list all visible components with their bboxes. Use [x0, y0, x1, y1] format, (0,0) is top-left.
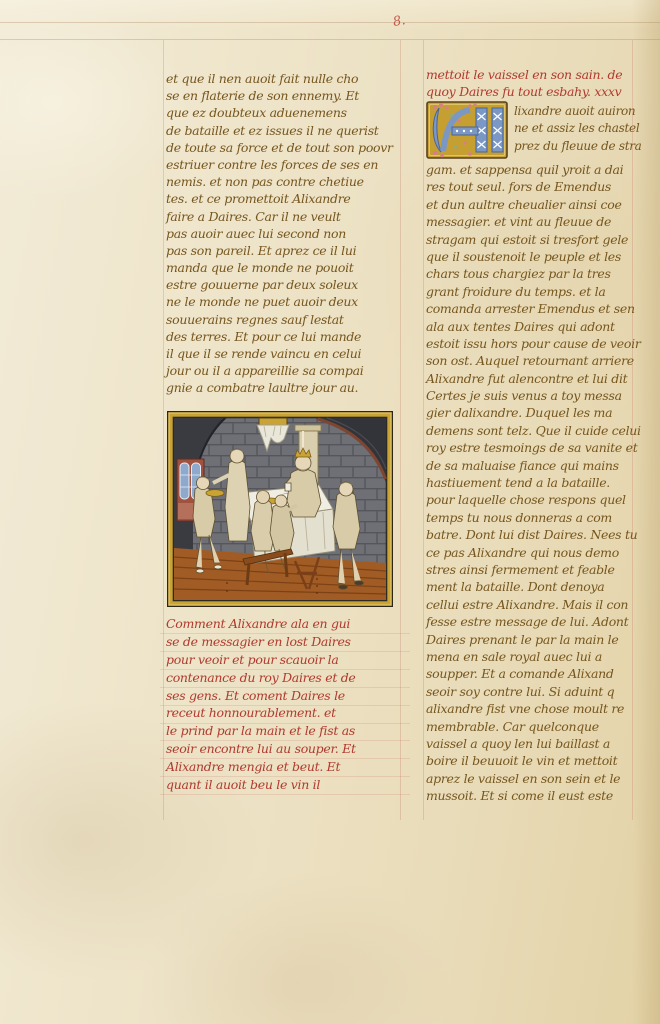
- ruling-line-vertical: [163, 40, 164, 820]
- text-line: de bataille et ez issues il ne querist: [166, 122, 402, 139]
- rubric-line: pour veoir et pour scauoir la: [166, 651, 402, 669]
- text-line: se en flaterie de son ennemy. Et: [166, 87, 402, 104]
- text-line: ne le monde ne puet auoir deux: [166, 293, 402, 310]
- ruling-line-horizontal: [0, 39, 660, 40]
- text-line: demens sont telz. Que il cuide celui: [426, 422, 642, 439]
- text-line: stragam qui estoit si tresfort gele: [426, 231, 642, 248]
- rubric-line: Comment Alixandre ala en gui: [166, 615, 402, 633]
- text-line: chars tous chargiez par la tres: [426, 265, 642, 282]
- text-line: estriuer contre les forces de ses en: [166, 156, 402, 173]
- text-line: faire a Daires. Car il ne veult: [166, 208, 402, 225]
- manuscript-page: 8. et que il nen auoit fait nulle chose …: [0, 0, 660, 1024]
- text-line: hastiuement tend a la bataille.: [426, 474, 642, 491]
- text-line: des terres. Et pour ce lui mande: [166, 328, 402, 345]
- text-line: estoit issu hors pour cause de veoir: [426, 335, 642, 352]
- text-line: aprez le vaissel en son sein et le: [426, 770, 642, 787]
- rubric-line: le prind par la main et le fist as: [166, 722, 402, 740]
- gold-platter: [206, 490, 224, 497]
- text-line: ce pas Alixandre qui nous demo: [426, 544, 642, 561]
- text-line: lixandre auoit auiron: [514, 103, 642, 120]
- text-line: pas auoir auec lui second non: [166, 225, 402, 242]
- text-line: grant froidure du temps. et la: [426, 283, 642, 300]
- text-line: soupper. Et a comande Alixand: [426, 665, 642, 682]
- text-line: vaissel a quoy len lui baillast a: [426, 735, 642, 752]
- text-line: mena en sale royal auec lui a: [426, 648, 642, 665]
- text-line: messagier. et vint au fleuue de: [426, 213, 642, 230]
- text-line: seoir soy contre lui. Si aduint q: [426, 683, 642, 700]
- banquet-miniature: [167, 411, 393, 607]
- text-line: ne et assiz les chastel: [514, 120, 642, 137]
- right-column-text-beside-cap: lixandre auoit auironne et assiz les cha…: [514, 103, 642, 155]
- text-line: stres ainsi fermement et feable: [426, 561, 642, 578]
- left-column-rubric: Comment Alixandre ala en guise de messag…: [166, 615, 402, 794]
- text-line: que ez doubteux aduenemens: [166, 104, 402, 121]
- text-line: pour laquelle chose respons quel: [426, 491, 642, 508]
- text-line: souuerains regnes sauf lestat: [166, 311, 402, 328]
- text-line: manda que le monde ne pouoit: [166, 259, 402, 276]
- rubric-line: contenance du roy Daires et de: [166, 669, 402, 687]
- text-line: temps tu nous donneras a com: [426, 509, 642, 526]
- ruling-line-horizontal: [0, 22, 660, 23]
- text-line: de toute sa force et de tout son poovr: [166, 139, 402, 156]
- left-column-text: et que il nen auoit fait nulle chose en …: [166, 70, 402, 397]
- text-line: jour ou il a appareillie sa compai: [166, 362, 402, 379]
- text-line: gier dalixandre. Duquel les ma: [426, 404, 642, 421]
- text-line: batre. Dont lui dist Daires. Nees tu: [426, 526, 642, 543]
- right-column-text: gam. et sappensa quil yroit a daires tou…: [426, 161, 642, 804]
- rubric-line: quant il auoit beu le vin il: [166, 776, 402, 794]
- text-line: mussoit. Et si come il eust este: [426, 787, 642, 804]
- rubric-line: receut honnourablement. et: [166, 704, 402, 722]
- folio-number: 8.: [392, 13, 407, 30]
- text-line: alixandre fist vne chose moult re: [426, 700, 642, 717]
- rubric-line: se de messagier en lost Daires: [166, 633, 402, 651]
- text-line: estre gouuerne par deux soleux: [166, 276, 402, 293]
- text-line: prez du fleuue de stra: [514, 138, 642, 155]
- text-line: de sa maluaise fiance qui mains: [426, 457, 642, 474]
- text-line: roy estre tesmoings de sa vanite et: [426, 439, 642, 456]
- text-line: son ost. Auquel retournant arriere: [426, 352, 642, 369]
- text-line: tes. et ce promettoit Alixandre: [166, 190, 402, 207]
- rubric-line: Alixandre mengia et beut. Et: [166, 758, 402, 776]
- text-line: fesse estre message de lui. Adont: [426, 613, 642, 630]
- text-line: pas son pareil. Et aprez ce il lui: [166, 242, 402, 259]
- text-line: que il soustenoit le peuple et les: [426, 248, 642, 265]
- text-line: ala aux tentes Daires qui adont: [426, 318, 642, 335]
- rubric-line: seoir encontre lui au souper. Et: [166, 740, 402, 758]
- text-line: gnie a combatre laultre jour au.: [166, 379, 402, 396]
- text-line: res tout seul. fors de Emendus: [426, 178, 642, 195]
- ruling-line-vertical: [423, 40, 424, 820]
- text-line: boire il beuuoit le vin et mettoit: [426, 752, 642, 769]
- text-line: et que il nen auoit fait nulle cho: [166, 70, 402, 87]
- text-line: gam. et sappensa quil yroit a dai: [426, 161, 642, 178]
- rubric-line: mettoit le vaissel en son sain. de: [426, 66, 640, 83]
- rubric-line: quoy Daires fu tout esbahy. xxxv: [426, 83, 640, 100]
- text-line: nemis. et non pas contre chetiue: [166, 173, 402, 190]
- text-line: cellui estre Alixandre. Mais il con: [426, 596, 642, 613]
- text-line: Alixandre fut alencontre et lui dit: [426, 370, 642, 387]
- text-line: ment la bataille. Dont denoya: [426, 578, 642, 595]
- text-line: comanda arrester Emendus et sen: [426, 300, 642, 317]
- text-line: et dun aultre cheualier ainsi coe: [426, 196, 642, 213]
- illuminated-initial-A: [426, 101, 508, 159]
- right-column-rubric: mettoit le vaissel en son sain. dequoy D…: [426, 66, 640, 101]
- text-line: Daires prenant le par la main le: [426, 631, 642, 648]
- text-line: membrable. Car quelconque: [426, 718, 642, 735]
- rubric-line: ses gens. Et coment Daires le: [166, 687, 402, 705]
- text-line: Certes je suis venus a toy messa: [426, 387, 642, 404]
- text-line: il que il se rende vaincu en celui: [166, 345, 402, 362]
